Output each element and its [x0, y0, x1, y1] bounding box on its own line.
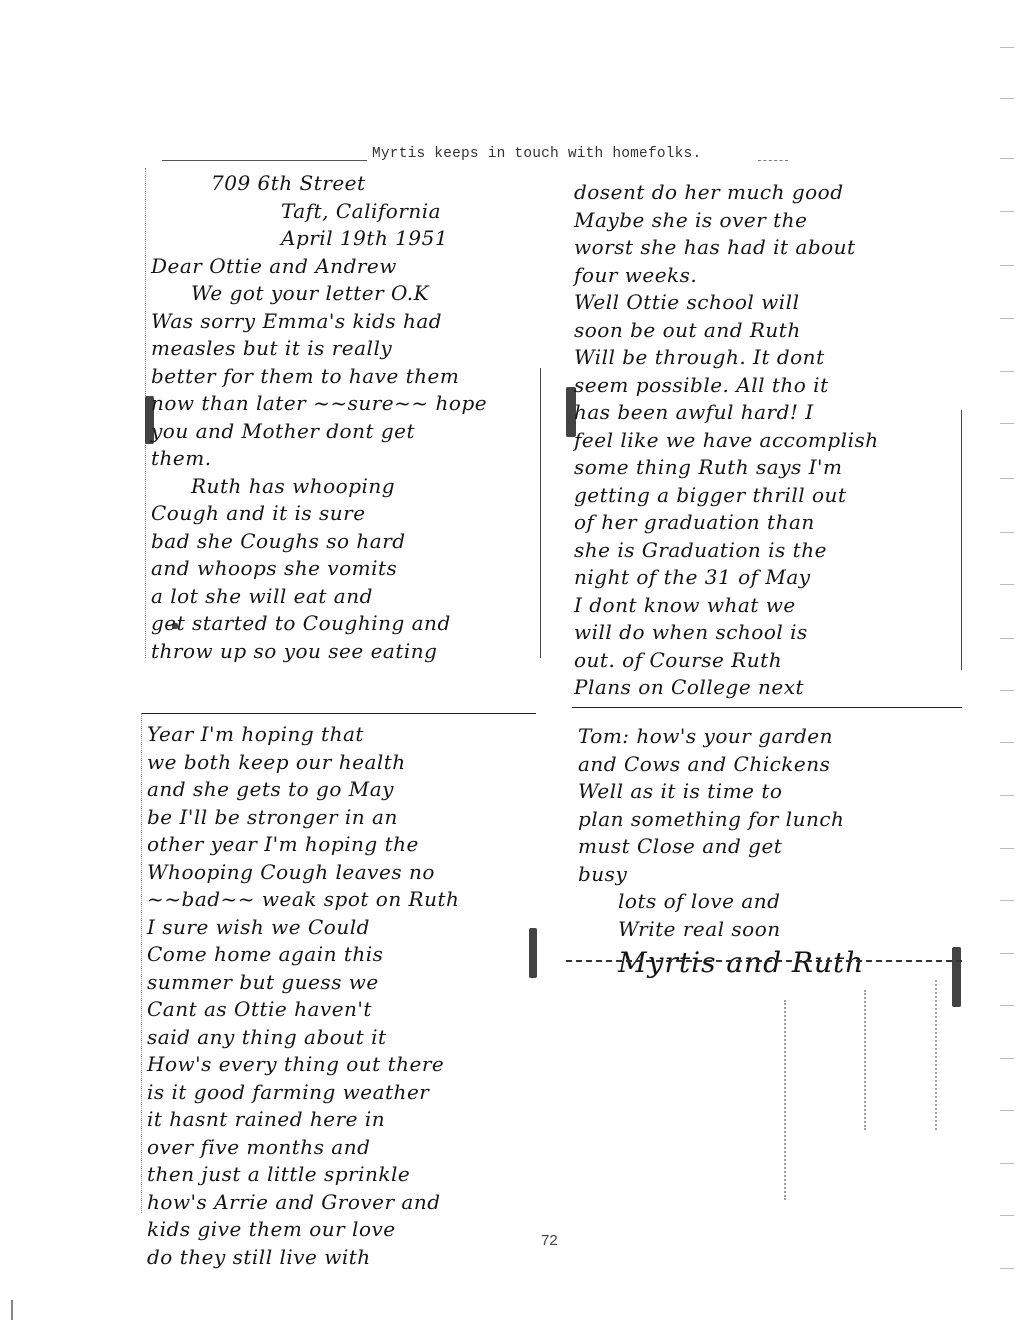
letter-line: of her graduation than [574, 509, 879, 537]
margin-tick [1000, 953, 1014, 954]
margin-tick [1000, 1215, 1014, 1216]
letter-line: over five months and [147, 1134, 459, 1162]
panel-edge [141, 713, 142, 1213]
margin-tick [1000, 265, 1014, 266]
letter-line: get started to Coughing and [151, 610, 487, 638]
letter-line: Was sorry Emma's kids had [151, 308, 487, 336]
letter-line: summer but guess we [147, 969, 459, 997]
panel-edge [141, 713, 536, 714]
page-caption: Myrtis keeps in touch with homefolks. [372, 146, 701, 162]
letter-line: Will be through. It dont [574, 344, 879, 372]
letter-line: Tom: how's your garden [578, 723, 864, 751]
letter-line: Maybe she is over the [574, 207, 879, 235]
scan-streak [864, 990, 872, 1130]
panel-edge [572, 707, 962, 708]
scan-streak [784, 1000, 792, 1200]
margin-tick [1000, 690, 1014, 691]
margin-tick [1000, 795, 1014, 796]
margin-tick [1000, 47, 1014, 48]
margin-tick [1000, 371, 1014, 372]
handwritten-text: 709 6th Street Taft, California April 19… [151, 170, 487, 665]
margin-tick [1000, 318, 1014, 319]
letter-line: Cough and it is sure [151, 500, 487, 528]
letter-line: we both keep our health [147, 749, 459, 777]
letter-line: must Close and get [578, 833, 864, 861]
letter-line: Cant as Ottie haven't [147, 996, 459, 1024]
letter-line: worst she has had it about [574, 234, 879, 262]
margin-tick [1000, 742, 1014, 743]
letter-line: night of the 31 of May [574, 564, 879, 592]
margin-tick [1000, 158, 1014, 159]
margin-tick [1000, 211, 1014, 212]
letter-line: will do when school is [574, 619, 879, 647]
letter-line: how's Arrie and Grover and [147, 1189, 459, 1217]
letter-line: Come home again this [147, 941, 459, 969]
scan-smudge [529, 928, 537, 978]
letter-line: said any thing about it [147, 1024, 459, 1052]
handwritten-text: Year I'm hoping that we both keep our he… [147, 721, 459, 1271]
letter-line: be I'll be stronger in an [147, 804, 459, 832]
letter-line: Dear Ottie and Andrew [151, 253, 487, 281]
letter-line: and whoops she vomits [151, 555, 487, 583]
letter-line: now than later ~~sure~~ hope [151, 390, 487, 418]
letter-line: a lot she will eat and [151, 583, 487, 611]
signature: Myrtis and Ruth [578, 949, 864, 977]
panel-edge [540, 368, 541, 658]
scan-edge-mark [11, 1300, 13, 1320]
scan-smudge [952, 947, 961, 1007]
letter-line: other year I'm hoping the [147, 831, 459, 859]
panel-edge [961, 410, 962, 670]
letter-line: April 19th 1951 [151, 225, 487, 253]
letter-line: then just a little sprinkle [147, 1161, 459, 1189]
letter-line: busy [578, 861, 864, 889]
margin-tick [1000, 1268, 1014, 1269]
letter-line: do they still live with [147, 1244, 459, 1272]
letter-line: How's every thing out there [147, 1051, 459, 1079]
letter-line: getting a bigger thrill out [574, 482, 879, 510]
letter-line: four weeks. [574, 262, 879, 290]
margin-tick [1000, 478, 1014, 479]
letter-line: feel like we have accomplish [574, 427, 879, 455]
margin-tick [1000, 848, 1014, 849]
margin-tick [1000, 532, 1014, 533]
margin-tick [1000, 1058, 1014, 1059]
margin-tick [1000, 423, 1014, 424]
letter-line: ~~bad~~ weak spot on Ruth [147, 886, 459, 914]
scan-fold-line [566, 960, 962, 962]
letter-line: Year I'm hoping that [147, 721, 459, 749]
letter-line: kids give them our love [147, 1216, 459, 1244]
letter-line: Taft, California [151, 198, 487, 226]
letter-line: seem possible. All tho it [574, 372, 879, 400]
margin-tick [1000, 1163, 1014, 1164]
letter-line: has been awful hard! I [574, 399, 879, 427]
letter-line: bad she Coughs so hard [151, 528, 487, 556]
margin-tick [1000, 900, 1014, 901]
letter-line: out. of Course Ruth [574, 647, 879, 675]
letter-line: Whooping Cough leaves no [147, 859, 459, 887]
handwritten-text: Tom: how's your garden and Cows and Chic… [578, 723, 864, 977]
caption-rule-right [758, 160, 788, 161]
letter-line: 709 6th Street [151, 170, 487, 198]
margin-tick [1000, 1110, 1014, 1111]
scan-streak [935, 980, 943, 1130]
letter-line: it hasnt rained here in [147, 1106, 459, 1134]
letter-line: I dont know what we [574, 592, 879, 620]
handwritten-text: dosent do her much good Maybe she is ove… [574, 179, 879, 702]
margin-tick [1000, 638, 1014, 639]
caption-rule-left [162, 160, 367, 161]
letter-line: Write real soon [578, 916, 864, 944]
letter-line: she is Graduation is the [574, 537, 879, 565]
letter-line: I sure wish we Could [147, 914, 459, 942]
letter-line: them. [151, 445, 487, 473]
letter-line: and Cows and Chickens [578, 751, 864, 779]
letter-line: plan something for lunch [578, 806, 864, 834]
letter-line: is it good farming weather [147, 1079, 459, 1107]
letter-panel-bottom-right: Tom: how's your garden and Cows and Chic… [572, 707, 962, 1007]
letter-line: measles but it is really [151, 335, 487, 363]
letter-line: dosent do her much good [574, 179, 879, 207]
letter-line: Well Ottie school will [574, 289, 879, 317]
letter-line: you and Mother dont get [151, 418, 487, 446]
letter-line: some thing Ruth says I'm [574, 454, 879, 482]
letter-line: and she gets to go May [147, 776, 459, 804]
margin-tick [1000, 1005, 1014, 1006]
letter-line: Ruth has whooping [151, 473, 487, 501]
letter-line: lots of love and [578, 888, 864, 916]
margin-tick [1000, 584, 1014, 585]
letter-line: better for them to have them [151, 363, 487, 391]
letter-panel-top-left: 709 6th Street Taft, California April 19… [145, 168, 541, 658]
page-number: 72 [541, 1232, 558, 1249]
letter-panel-top-right: dosent do her much good Maybe she is ove… [566, 165, 962, 670]
letter-line: Well as it is time to [578, 778, 864, 806]
letter-panel-bottom-left: Year I'm hoping that we both keep our he… [141, 713, 536, 1213]
margin-tick [1000, 98, 1014, 99]
letter-line: We got your letter O.K [151, 280, 487, 308]
letter-line: soon be out and Ruth [574, 317, 879, 345]
letter-line: Plans on College next [574, 674, 879, 702]
letter-line: throw up so you see eating [151, 638, 487, 666]
